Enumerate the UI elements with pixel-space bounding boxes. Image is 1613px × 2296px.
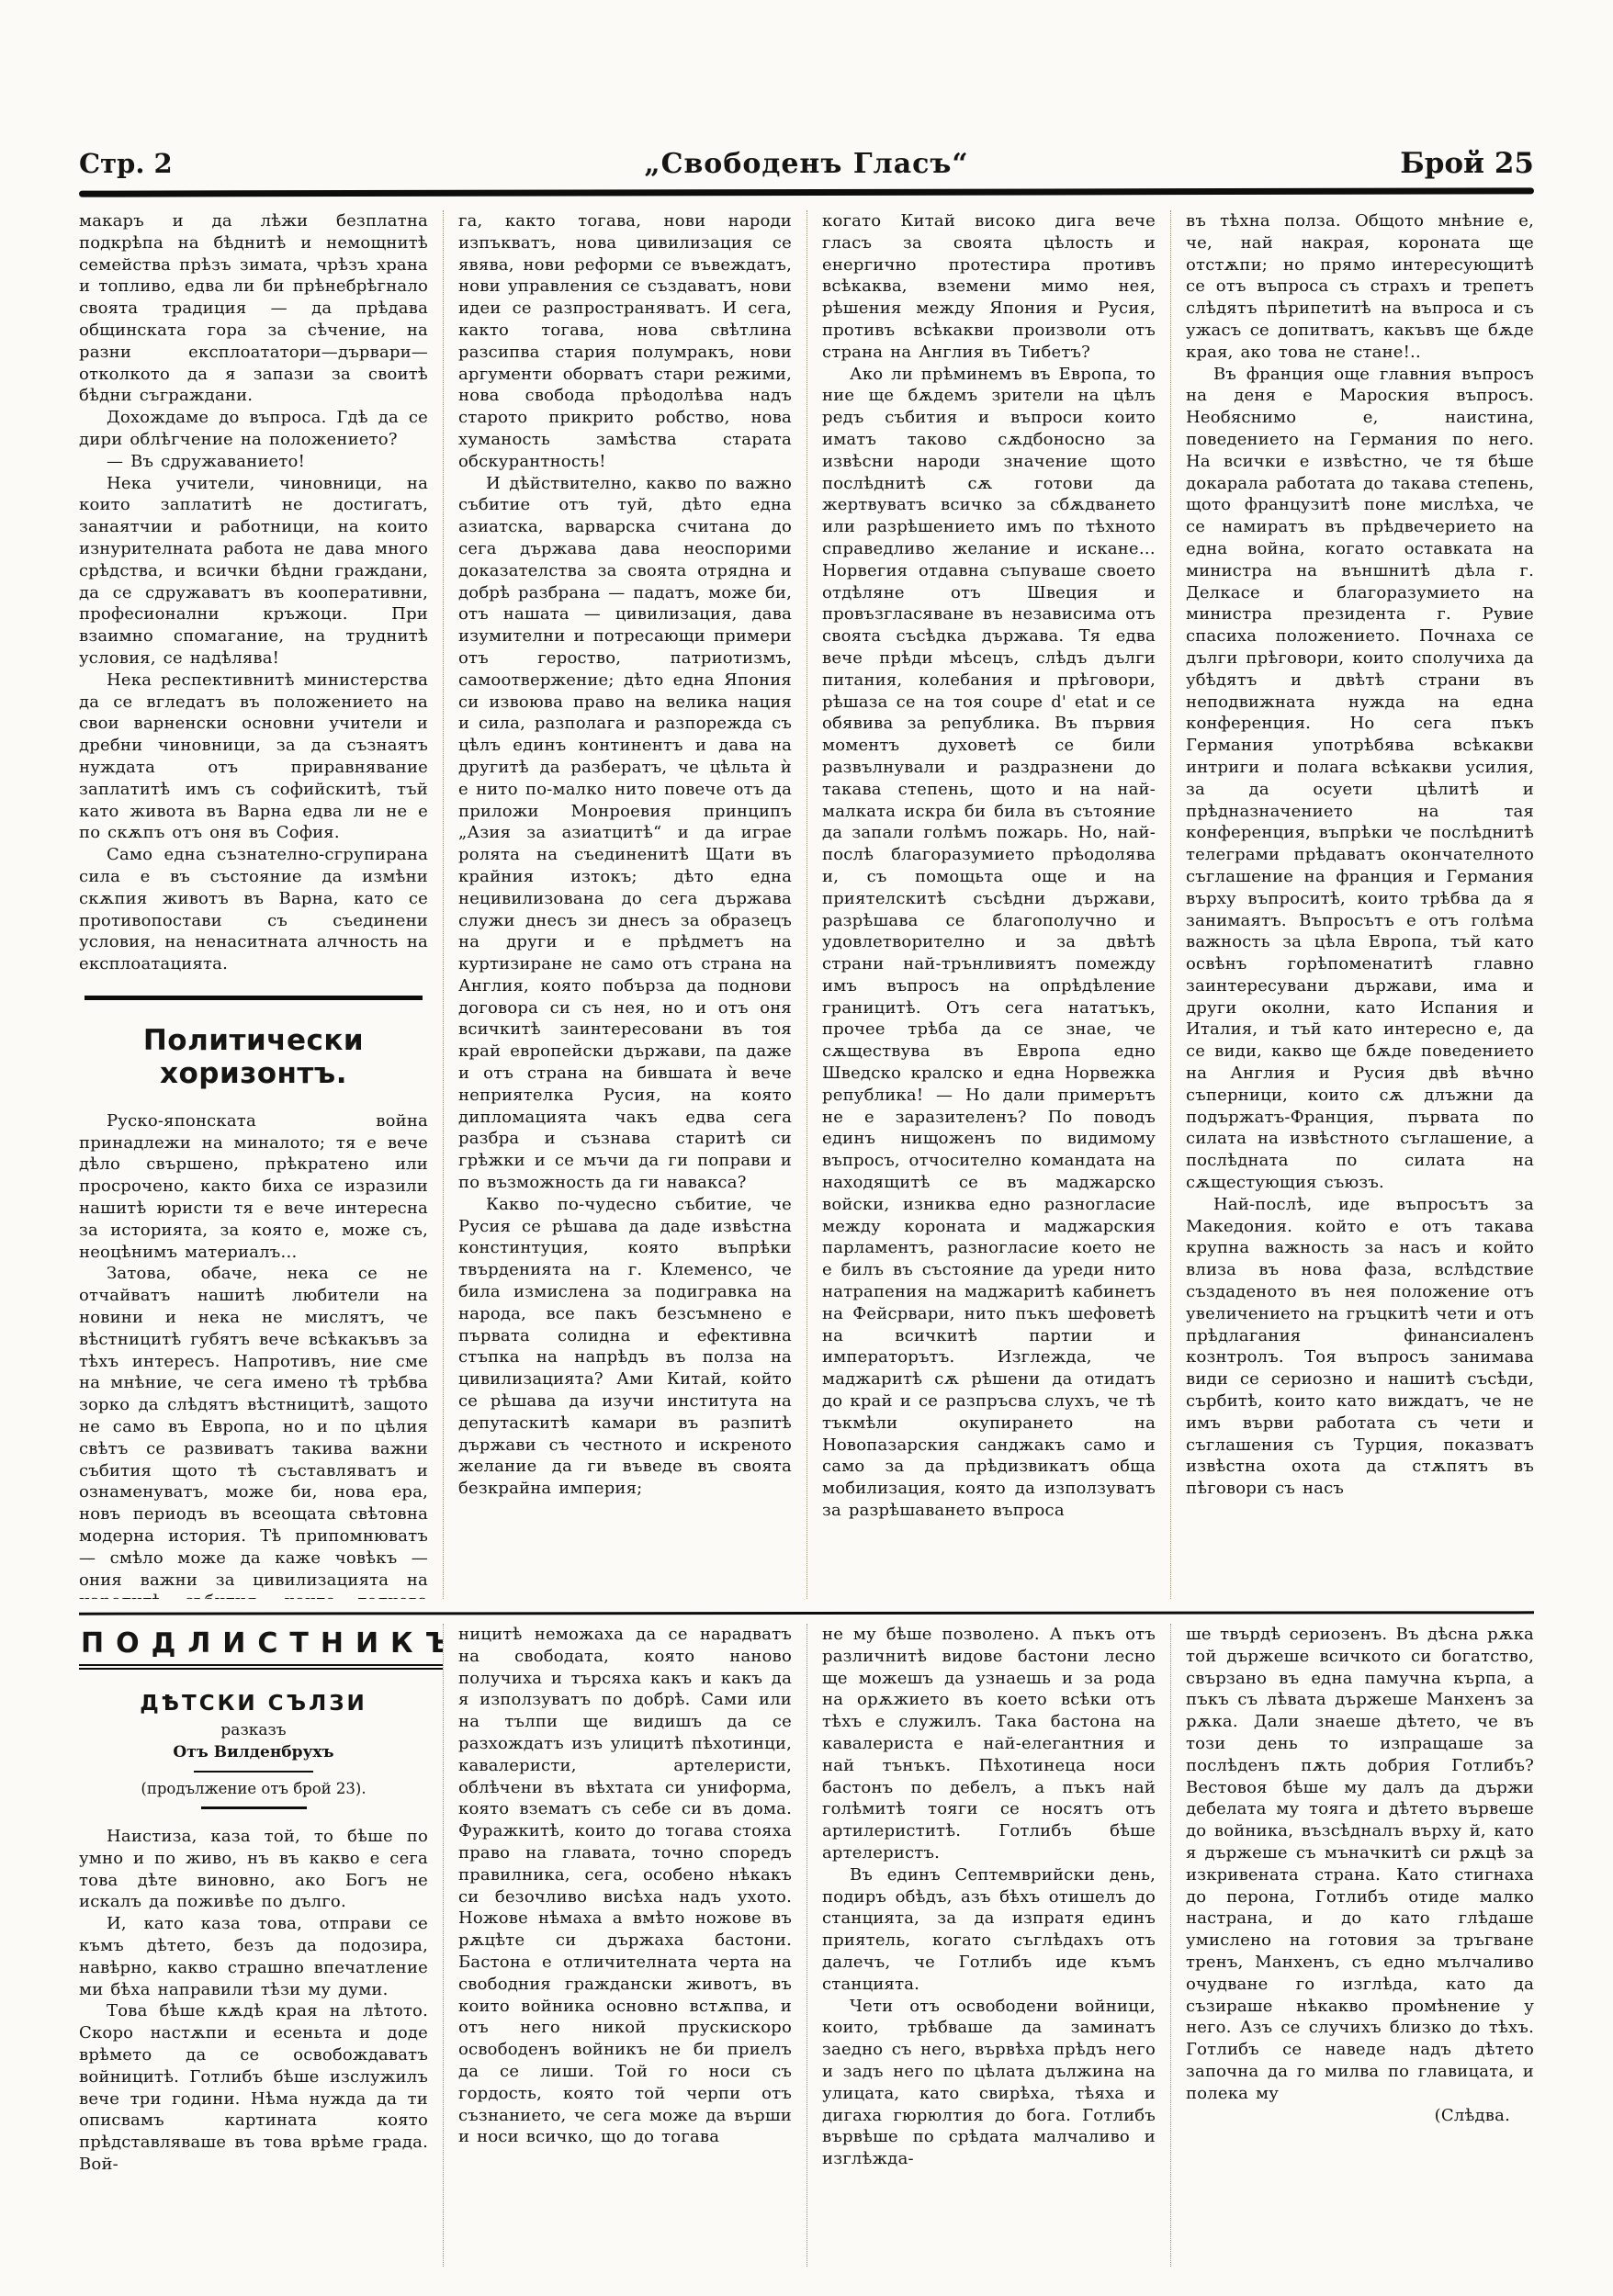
paragraph: въ тѣхна полза. Общото мнѣние е, че, най… — [1186, 210, 1534, 364]
newspaper-page: Стр. 2 „Свободенъ Гласъ“ Брой 25 макаръ … — [0, 0, 1613, 2296]
paragraph: ницитѣ неможаха да се нарадватъ на свобо… — [458, 1624, 792, 2148]
paragraph: И, като каза това, отправи се къмъ дѣтет… — [79, 1913, 428, 2000]
feuilleton-title: ПОДЛИСТНИКЪ — [79, 1626, 443, 1670]
masthead-title: „Свободенъ Гласъ“ — [443, 148, 1170, 180]
paragraph: Въ франция още главния въпросъ на деня е… — [1186, 364, 1534, 1194]
page-number-label: Стр. 2 — [79, 148, 443, 179]
paragraph: Това бѣше кѫдѣ края на лѣтото. Скоро нас… — [79, 2000, 428, 2175]
paragraph: Руско-японската война принадлежи на мина… — [79, 1110, 428, 1264]
article-divider — [85, 996, 423, 1000]
paragraph: га, както тогава, нови народи изпъкватъ,… — [458, 210, 792, 473]
feuilleton-column-1: ПОДЛИСТНИКЪ ДѢТСКИ СЪЛЗИ разказъ Отъ Вил… — [79, 1624, 443, 2267]
to-be-continued-label: (Слѣдва. — [1186, 2105, 1534, 2127]
paragraph: Най-послѣ, иде въпросътъ за Македония. к… — [1186, 1194, 1534, 1500]
top-column-1: макаръ и да лѣжи безплатна подкрѣпа на б… — [79, 210, 443, 1599]
paragraph: макаръ и да лѣжи безплатна подкрѣпа на б… — [79, 210, 428, 407]
paragraph: — Въ сдружаванието! — [79, 451, 428, 473]
story-title: ДѢТСКИ СЪЛЗИ — [79, 1692, 428, 1716]
story-continuation-note: (продължение отъ брой 23). — [79, 1780, 428, 1797]
story-head-rule-2 — [201, 1806, 307, 1809]
feuilleton-section: ПОДЛИСТНИКЪ ДѢТСКИ СЪЛЗИ разказъ Отъ Вил… — [79, 1624, 1534, 2267]
top-section: макаръ и да лѣжи безплатна подкрѣпа на б… — [79, 210, 1534, 1599]
paragraph: когато Китай високо дига вече гласъ за с… — [822, 210, 1156, 364]
paragraph: Дохождаме до въпроса. Гдѣ да се дири обл… — [79, 407, 428, 451]
paragraph: Какво по-чудесно събитие, че Русия се рѣ… — [458, 1194, 792, 1500]
paragraph: Затова, обаче, нека се не отчайватъ наши… — [79, 1263, 428, 1599]
issue-number-label: Брой 25 — [1170, 147, 1534, 180]
paragraph: Въ единъ Септемврийски день, подиръ обѣд… — [822, 1864, 1156, 1996]
story-head-rule — [194, 1771, 313, 1773]
top-column-4: въ тѣхна полза. Общото мнѣние е, че, най… — [1170, 210, 1534, 1599]
story-text-block: Наистиза, каза той, то бѣше по умно и по… — [79, 1826, 428, 2176]
paragraph: Чети отъ освободени войници, които, трѣб… — [822, 1996, 1156, 2170]
paragraph: ше твърдѣ сериозенъ. Въ дѣсна рѫка той д… — [1186, 1624, 1534, 2105]
paragraph: не му бѣше позволено. А пъкъ отъ различн… — [822, 1624, 1156, 1864]
feuilleton-column-2: ницитѣ неможаха да се нарадватъ на свобо… — [443, 1624, 806, 2267]
top-column-2: га, както тогава, нови народи изпъкватъ,… — [443, 210, 806, 1599]
paragraph: Нека респективнитѣ министерства да се вг… — [79, 670, 428, 844]
running-head: Стр. 2 „Свободенъ Гласъ“ Брой 25 — [79, 147, 1534, 180]
paragraph: Нека учители, чиновници, на които заплат… — [79, 473, 428, 670]
story-author-label: Отъ Вилденбрухъ — [79, 1743, 428, 1761]
paragraph: Само една съзнателно-сгрупирана сила е в… — [79, 844, 428, 975]
feuilleton-column-4: ше твърдѣ сериозенъ. Въ дѣсна рѫка той д… — [1170, 1624, 1534, 2267]
story-genre-label: разказъ — [79, 1721, 428, 1739]
feuilleton-column-3: не му бѣше позволено. А пъкъ отъ различн… — [806, 1624, 1170, 2267]
header-rule — [79, 187, 1534, 197]
paragraph: И дѣйствително, какво по важно събитие о… — [458, 473, 792, 1194]
paragraph: Ако ли прѣминемъ въ Европа, то ние ще бѫ… — [822, 364, 1156, 1522]
top-column-3: когато Китай високо дига вече гласъ за с… — [806, 210, 1170, 1599]
paragraph: Наистиза, каза той, то бѣше по умно и по… — [79, 1826, 428, 1913]
article-heading: Политически хоризонтъ. — [79, 1024, 428, 1090]
feuilleton-divider-rule — [79, 1611, 1534, 1615]
